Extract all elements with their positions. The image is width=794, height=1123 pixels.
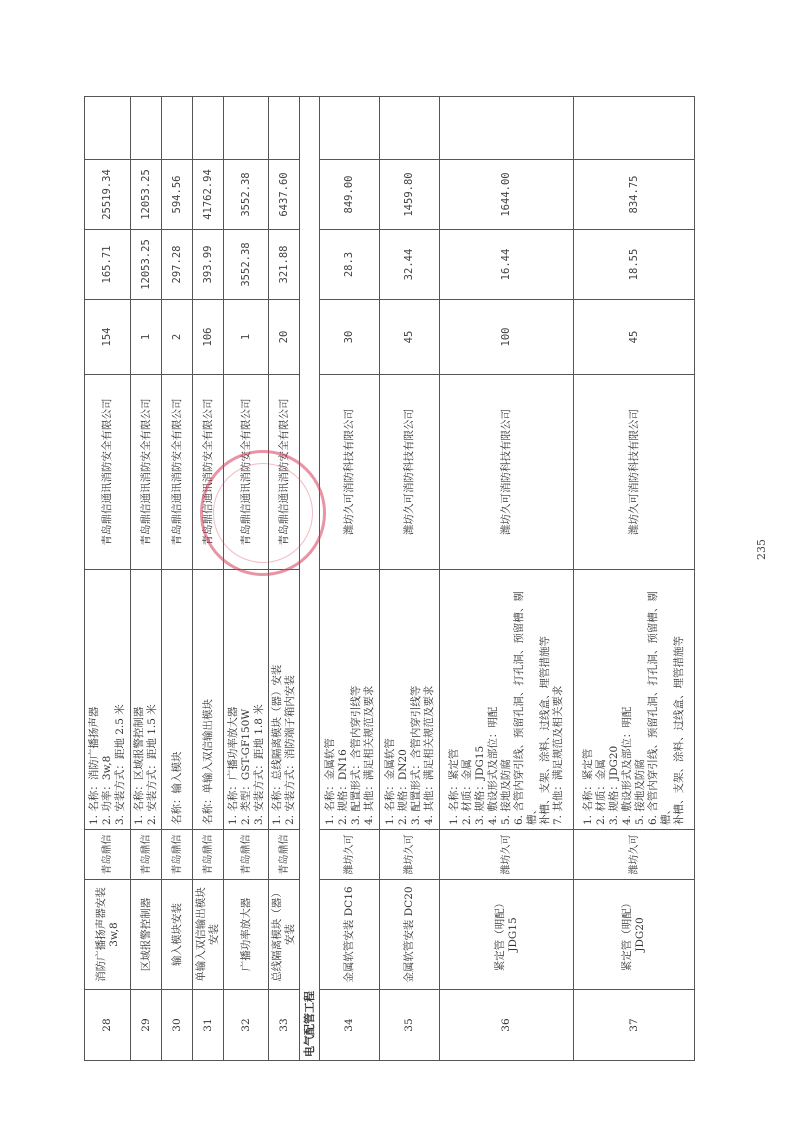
cell-brand: 青岛鼎信 bbox=[193, 830, 224, 880]
cell-features: 1. 名称：金属软管 2. 规格：DN16 3. 配置形式：含管内穿引线等 4.… bbox=[320, 570, 380, 830]
cell-seq: 29 bbox=[131, 990, 162, 1061]
cell-quantity: 100 bbox=[440, 300, 574, 375]
cell-remark bbox=[131, 97, 162, 160]
cell-total: 849.00 bbox=[320, 160, 380, 230]
cell-name: 单输入双信输出模块安装 bbox=[193, 880, 224, 990]
cell-features: 1. 名称：紧定管 2. 材质：金属 3. 规格：JDG15 4. 敷设形式及部… bbox=[440, 570, 574, 830]
cell-features: 1. 名称：区域报警控制器 2. 安装方式：距地 1.5 米 bbox=[131, 570, 162, 830]
cell-seq: 32 bbox=[224, 990, 269, 1061]
cell-remark bbox=[380, 97, 440, 160]
table-row: 35 金属软管安装 DC20 潍坊久可 1. 名称：金属软管 2. 规格：DN2… bbox=[380, 97, 440, 1061]
cell-quantity: 106 bbox=[193, 300, 224, 375]
cell-seq: 35 bbox=[380, 990, 440, 1061]
cell-supplier: 青岛鼎信通讯消防安全有限公司 bbox=[269, 375, 300, 570]
cell-total: 41762.94 bbox=[193, 160, 224, 230]
cell-remark bbox=[224, 97, 269, 160]
section-row: 电气配管工程 bbox=[300, 97, 320, 1061]
cell-seq: 30 bbox=[162, 990, 193, 1061]
cell-quantity: 154 bbox=[85, 300, 131, 375]
cell-quantity: 45 bbox=[574, 300, 695, 375]
cell-unit-price: 393.99 bbox=[193, 230, 224, 300]
cell-name: 总线隔离模块（器）安装 bbox=[269, 880, 300, 990]
cell-quantity: 1 bbox=[224, 300, 269, 375]
cell-brand: 潍坊久可 bbox=[440, 830, 574, 880]
cell-supplier: 青岛鼎信通讯消防安全有限公司 bbox=[224, 375, 269, 570]
cell-supplier: 潍坊久可消防科技有限公司 bbox=[440, 375, 574, 570]
cell-quantity: 1 bbox=[131, 300, 162, 375]
cell-quantity: 30 bbox=[320, 300, 380, 375]
cell-remark bbox=[440, 97, 574, 160]
cell-unit-price: 165.71 bbox=[85, 230, 131, 300]
rotated-table-container: 28 消防广播扬声器安装 3w,8 青岛鼎信 1. 名称：消防广播扬声器 2. … bbox=[84, 97, 695, 1061]
page-number: 235 bbox=[755, 539, 768, 560]
bill-of-quantities-table: 28 消防广播扬声器安装 3w,8 青岛鼎信 1. 名称：消防广播扬声器 2. … bbox=[84, 96, 695, 1061]
table-row: 32 广播功率放大器 青岛鼎信 1. 名称：广播功率放大器 2. 类型：GST-… bbox=[224, 97, 269, 1061]
cell-total: 3552.38 bbox=[224, 160, 269, 230]
cell-remark bbox=[574, 97, 695, 160]
cell-unit-price: 321.88 bbox=[269, 230, 300, 300]
section-title: 电气配管工程 bbox=[300, 97, 320, 1061]
cell-name: 广播功率放大器 bbox=[224, 880, 269, 990]
cell-unit-price: 297.28 bbox=[162, 230, 193, 300]
cell-total: 834.75 bbox=[574, 160, 695, 230]
table-row: 33 总线隔离模块（器）安装 青岛鼎信 1. 名称：总线隔离模块（器）安装 2.… bbox=[269, 97, 300, 1061]
cell-seq: 31 bbox=[193, 990, 224, 1061]
cell-brand: 青岛鼎信 bbox=[269, 830, 300, 880]
table-row: 30 输入模块安装 青岛鼎信 名称：输入模块 青岛鼎信通讯消防安全有限公司 2 … bbox=[162, 97, 193, 1061]
cell-brand: 青岛鼎信 bbox=[224, 830, 269, 880]
cell-supplier: 潍坊久可消防科技有限公司 bbox=[574, 375, 695, 570]
cell-seq: 33 bbox=[269, 990, 300, 1061]
cell-features: 1. 名称：总线隔离模块（器）安装 2. 安装方式：消防端子箱内安装 bbox=[269, 570, 300, 830]
cell-remark bbox=[162, 97, 193, 160]
cell-total: 25519.34 bbox=[85, 160, 131, 230]
cell-remark bbox=[193, 97, 224, 160]
cell-features: 名称：输入模块 bbox=[162, 570, 193, 830]
cell-seq: 37 bbox=[574, 990, 695, 1061]
cell-unit-price: 18.55 bbox=[574, 230, 695, 300]
cell-name: 消防广播扬声器安装 3w,8 bbox=[85, 880, 131, 990]
cell-supplier: 潍坊久可消防科技有限公司 bbox=[320, 375, 380, 570]
cell-seq: 28 bbox=[85, 990, 131, 1061]
cell-unit-price: 3552.38 bbox=[224, 230, 269, 300]
cell-brand: 潍坊久可 bbox=[320, 830, 380, 880]
cell-supplier: 青岛鼎信通讯消防安全有限公司 bbox=[162, 375, 193, 570]
cell-features: 1. 名称：紧定管 2. 材质：金属 3. 规格：JDG20 4. 敷设形式及部… bbox=[574, 570, 695, 830]
cell-brand: 潍坊久可 bbox=[380, 830, 440, 880]
cell-seq: 36 bbox=[440, 990, 574, 1061]
cell-name: 区域报警控制器 bbox=[131, 880, 162, 990]
cell-name: 金属软管安装 DC20 bbox=[380, 880, 440, 990]
cell-total: 6437.60 bbox=[269, 160, 300, 230]
cell-quantity: 20 bbox=[269, 300, 300, 375]
table-row: 34 金属软管安装 DC16 潍坊久可 1. 名称：金属软管 2. 规格：DN1… bbox=[320, 97, 380, 1061]
cell-features: 1. 名称：金属软管 2. 规格：DN20 3. 配置形式：含管内穿引线等 4.… bbox=[380, 570, 440, 830]
cell-brand: 青岛鼎信 bbox=[131, 830, 162, 880]
cell-quantity: 2 bbox=[162, 300, 193, 375]
cell-name: 紧定管（明配）JDG15 bbox=[440, 880, 574, 990]
cell-brand: 青岛鼎信 bbox=[162, 830, 193, 880]
cell-total: 1459.80 bbox=[380, 160, 440, 230]
cell-total: 594.56 bbox=[162, 160, 193, 230]
table-row: 29 区域报警控制器 青岛鼎信 1. 名称：区域报警控制器 2. 安装方式：距地… bbox=[131, 97, 162, 1061]
cell-name: 金属软管安装 DC16 bbox=[320, 880, 380, 990]
cell-supplier: 青岛鼎信通讯消防安全有限公司 bbox=[193, 375, 224, 570]
cell-supplier: 青岛鼎信通讯消防安全有限公司 bbox=[85, 375, 131, 570]
table-row: 28 消防广播扬声器安装 3w,8 青岛鼎信 1. 名称：消防广播扬声器 2. … bbox=[85, 97, 131, 1061]
cell-remark bbox=[85, 97, 131, 160]
cell-supplier: 青岛鼎信通讯消防安全有限公司 bbox=[131, 375, 162, 570]
cell-total: 1644.00 bbox=[440, 160, 574, 230]
cell-unit-price: 12053.25 bbox=[131, 230, 162, 300]
cell-brand: 潍坊久可 bbox=[574, 830, 695, 880]
cell-total: 12053.25 bbox=[131, 160, 162, 230]
cell-unit-price: 32.44 bbox=[380, 230, 440, 300]
cell-remark bbox=[320, 97, 380, 160]
cell-brand: 青岛鼎信 bbox=[85, 830, 131, 880]
cell-seq: 34 bbox=[320, 990, 380, 1061]
cell-remark bbox=[269, 97, 300, 160]
cell-unit-price: 16.44 bbox=[440, 230, 574, 300]
cell-name: 紧定管（明配）JDG20 bbox=[574, 880, 695, 990]
table-row: 36 紧定管（明配）JDG15 潍坊久可 1. 名称：紧定管 2. 材质：金属 … bbox=[440, 97, 574, 1061]
cell-name: 输入模块安装 bbox=[162, 880, 193, 990]
table-row: 37 紧定管（明配）JDG20 潍坊久可 1. 名称：紧定管 2. 材质：金属 … bbox=[574, 97, 695, 1061]
cell-quantity: 45 bbox=[380, 300, 440, 375]
cell-features: 1. 名称：消防广播扬声器 2. 功率：3w,8 3. 安装方式：距地 2.5 … bbox=[85, 570, 131, 830]
cell-unit-price: 28.3 bbox=[320, 230, 380, 300]
cell-features: 1. 名称：广播功率放大器 2. 类型：GST-GF150W 3. 安装方式：距… bbox=[224, 570, 269, 830]
cell-supplier: 潍坊久可消防科技有限公司 bbox=[380, 375, 440, 570]
cell-features: 名称：单输入双信输出模块 bbox=[193, 570, 224, 830]
table-row: 31 单输入双信输出模块安装 青岛鼎信 名称：单输入双信输出模块 青岛鼎信通讯消… bbox=[193, 97, 224, 1061]
